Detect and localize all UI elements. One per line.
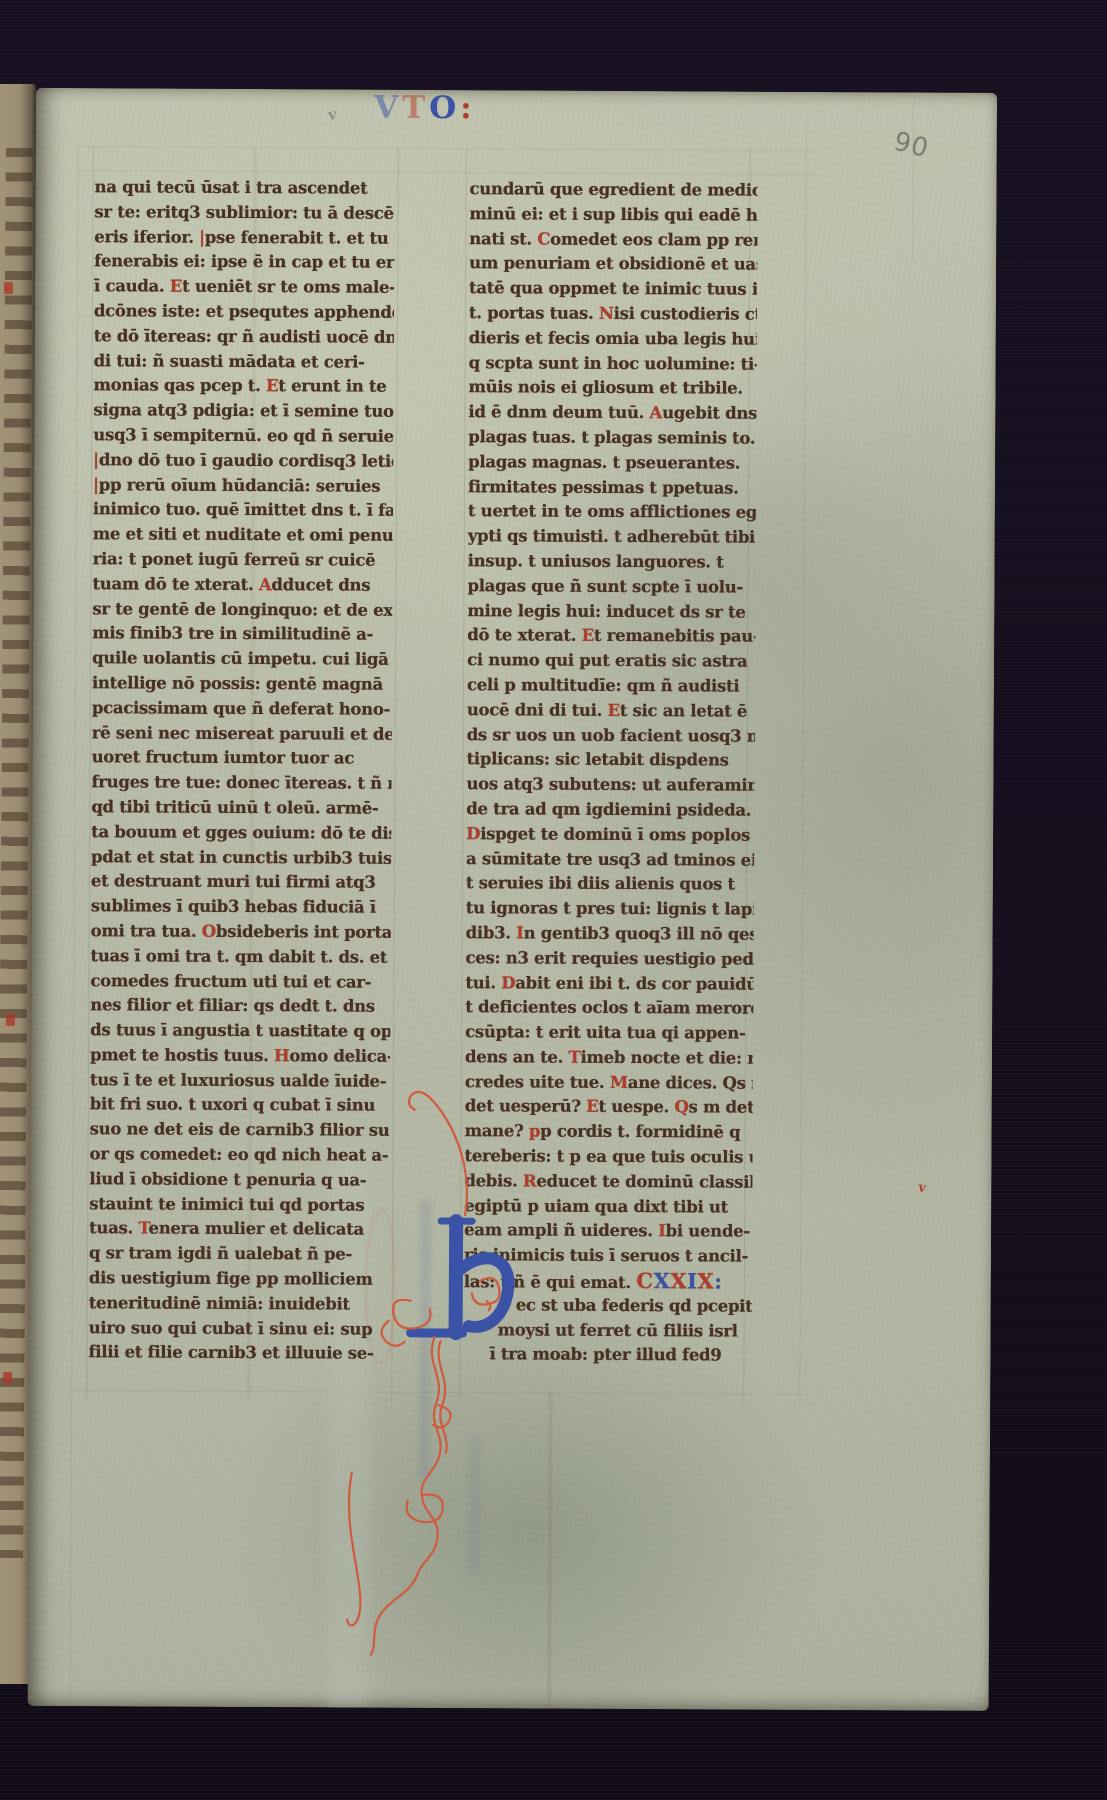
manuscript-text-line: ces: n3 erit requies uestigio pedis [465, 946, 753, 972]
manuscript-text-line: a sūmitate tre usq3 ad tminos ei. [466, 847, 754, 873]
manuscript-text-line: ci numo qui put eratis sic astra [467, 648, 755, 674]
manuscript-text-line: inimico tuo. quē īmittet dns t. ī fa- [93, 498, 393, 524]
manuscript-text-line: tu ignoras t pres tui: lignis t lapi- [466, 896, 754, 922]
manuscript-text-line: dcōnes iste: et psequtes apphendent [94, 299, 394, 325]
manuscript-text-line: id ē dnm deum tuū. Augebit dns [468, 400, 756, 426]
ruling-line [799, 122, 807, 1405]
ruling-line [912, 100, 914, 260]
manuscript-text-line: ds sr uos un uob facient uosq3 m- [467, 723, 755, 749]
manuscript-text-line: firmitates pessimas t ppetuas. [468, 475, 756, 501]
manuscript-text-line: dens an te. Timeb nocte et die: nō [465, 1045, 753, 1071]
manuscript-text-line: di tui: ñ suasti mādata et ceri- [94, 349, 394, 375]
manuscript-text-line: q scpta sunt in hoc uolumine: ti- [469, 351, 757, 377]
manuscript-text-line: sr te: eritq3 sublimior: tu ā descēdes e… [94, 200, 394, 226]
manuscript-text-line: me et siti et nuditate et omi penu- [93, 522, 393, 548]
manuscript-text-line: quile uolantis cū impetu. cui ligā [92, 646, 392, 672]
initial-letter-strokes [411, 1221, 509, 1334]
manuscript-text-line: signa atq3 pdigia: et ī semine tuo [93, 398, 393, 424]
manuscript-text-line: t. portas tuas. Nisi custodieris cto [469, 301, 757, 327]
initial-flourish [347, 1092, 501, 1656]
manuscript-text-line: na qui tecū ūsat i tra ascendet [95, 175, 395, 201]
manuscript-text-line: fenerabis ei: ipse ē in cap et tu eris [94, 250, 394, 276]
margin-squiggle-mark: v [917, 1180, 927, 1196]
manuscript-text-line: plagas que ñ sunt scpte ī uolu- [467, 574, 755, 600]
manuscript-text-line: pmet te hostis tuus. Homo delica- [90, 1043, 390, 1069]
manuscript-text-line: rē seni nec misereat paruuli et de- [92, 721, 392, 747]
manuscript-text-line: plagas tuas. t plagas seminis to. [468, 425, 756, 451]
manuscript-text-line: nes filior et filiar: qs dedt t. dns [90, 993, 390, 1019]
manuscript-text-line: uoret fructum iumtor tuor ac [92, 746, 392, 772]
manuscript-text-line: te dō ītereas: qr ñ audisti uocē dni [94, 324, 394, 350]
manuscript-text-line: tui. Dabit eni ibi t. ds cor pauidū [465, 971, 753, 997]
manuscript-text-line: cundarū que egredient de medio fe- [470, 177, 758, 203]
manuscript-text-line: t deficientes oclos t aīam merore [465, 995, 753, 1021]
manuscript-text-line: dō te xterat. Et remanebitis pau- [467, 624, 755, 650]
ruling-line [76, 146, 816, 151]
manuscript-text-line: insup. t uniusos languores. t [468, 549, 756, 575]
manuscript-text-line: |dno dō tuo ī gaudio cordisq3 leticia [93, 448, 393, 474]
manuscript-text-line: tuas ī omi tra t. qm dabit t. ds. et [90, 944, 390, 970]
parchment-page: VTO: 90 v v na qui tecū ūsat i tra ascen… [28, 88, 997, 1711]
manuscript-text-line: mine legis hui: inducet ds sr te [467, 599, 755, 625]
manuscript-text-line: tuam dō te xterat. Adducet dns [92, 572, 392, 598]
manuscript-text-line: ī cauda. Et ueniēt sr te oms male- [94, 274, 394, 300]
manuscript-text-line: tiplicans: sic letabit dispdens [467, 747, 755, 773]
manuscript-text-line: t seruies ibi diis alienis quos t [466, 871, 754, 897]
ruling-line [76, 170, 816, 175]
manuscript-text-line: csūpta: t erit uita tua qi appen- [465, 1020, 753, 1046]
manuscript-text-line: mūis nois ei gliosum et tribile. [468, 376, 756, 402]
manuscript-text-line: comedes fructum uti tui et car- [90, 969, 390, 995]
folio-number: 90 [891, 127, 932, 165]
manuscript-text-line: sr te gentē de longinquo: et de extre- [92, 597, 392, 623]
manuscript-text-line: omi tra tua. Obsideberis int portas [91, 919, 391, 945]
manuscript-text-line: minū ei: et i sup libis qui eadē hora [469, 202, 757, 228]
facing-page-text-lines [0, 148, 33, 1558]
margin-check-mark: v [327, 105, 338, 124]
manuscript-text-line: um penuriam et obsidionē et uasti- [469, 252, 757, 278]
manuscript-text-line: ds tuus ī angustia t uastitate q op- [90, 1018, 390, 1044]
manuscript-text-line: monias qas pcep t. Et erunt in te [93, 374, 393, 400]
manuscript-text-line: sublimes ī quib3 hebas fiduciā ī [91, 894, 391, 920]
manuscript-text-line: pdat et stat in cunctis urbib3 tuis. [91, 845, 391, 871]
manuscript-text-line: intellige nō possis: gentē magnā [92, 671, 392, 697]
manuscript-text-line: de tra ad qm igdiemini psideda. [466, 797, 754, 823]
manuscript-text-line: pcacissimam que ñ deferat hono- [92, 696, 392, 722]
manuscript-text-line: dieris et fecis omia uba legis hui [469, 326, 757, 352]
running-title: VTO: [374, 90, 476, 127]
facing-page-rubric-mark [3, 1372, 12, 1384]
manuscript-text-line: plagas magnas. t pseuerantes. [468, 450, 756, 476]
decorated-initial-h [312, 1074, 525, 1711]
facing-page-rubric-mark [4, 282, 13, 294]
parchment-crease [547, 1391, 552, 1711]
facing-page-rubric-mark [6, 1014, 15, 1026]
manuscript-text-line: ria: t ponet iugū ferreū sr cuicē [93, 547, 393, 573]
manuscript-text-line: qd tibi triticū uinū t oleū. armē- [91, 795, 391, 821]
manuscript-text-line: et destruant muri tui firmi atq3 [91, 870, 391, 896]
manuscript-text-line: usq3 ī sempiternū. eo qd ñ seruieris [93, 423, 393, 449]
manuscript-text-line: celi p multitudīe: qm ñ audisti [467, 673, 755, 699]
manuscript-text-line: ypti qs timuisti. t adherebūt tibi [468, 524, 756, 550]
manuscript-photo: VTO: 90 v v na qui tecū ūsat i tra ascen… [0, 0, 1107, 1800]
manuscript-text-line: nati st. Comedet eos clam pp rerū oī [469, 227, 757, 253]
ruling-line [70, 146, 79, 1701]
manuscript-text-line: fruges tre tue: donec ītereas. t ñ reli- [91, 770, 391, 796]
manuscript-text-line: t uertet in te oms afflictiones eg- [468, 500, 756, 526]
manuscript-text-line: eris iferior. |pse fenerabit t. et tu nō [94, 225, 394, 251]
decorated-initial-letter: h [36, 88, 37, 89]
manuscript-text-line: dib3. In gentib3 quoq3 ill nō qes- [466, 921, 754, 947]
manuscript-text-line: mis finib3 tre in similitudinē a- [92, 622, 392, 648]
manuscript-text-line: tatē qua oppmet te inimic tuus i [469, 276, 757, 302]
manuscript-text-line: ta bouum et gges ouium: dō te dis- [91, 820, 391, 846]
manuscript-text-line: Dispget te dominū ī oms poplos [466, 822, 754, 848]
manuscript-text-line: uocē dni di tui. Et sic an letat ē [467, 698, 755, 724]
manuscript-text-line: uos atq3 subutens: ut auferamini [466, 772, 754, 798]
manuscript-text-line: |pp rerū oīum hūdanciā: seruies [93, 473, 393, 499]
